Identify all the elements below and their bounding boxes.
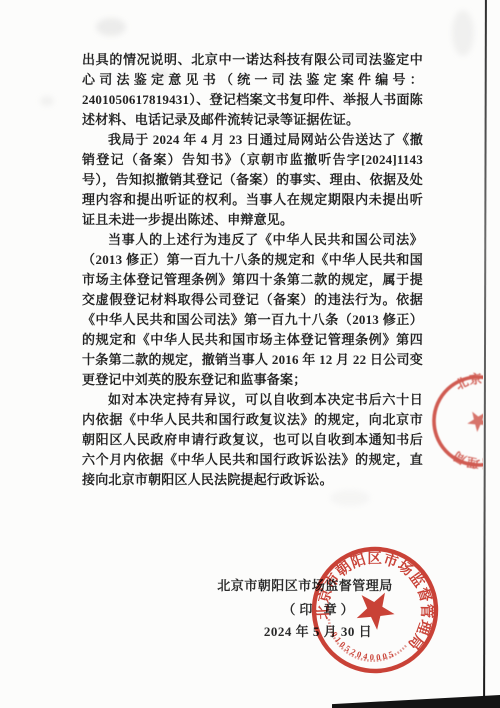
scanned-document-page: 出具的情况说明、北京中一诺达科技有限公司司法鉴定中心司法鉴定意见书（统一司法鉴定… [0, 0, 500, 708]
edge-seal: 北京市朝阳区市场监督管理局 [420, 363, 483, 479]
body-paragraph-2: 我局于 2024 年 4 月 23 日通过局网站公告送达了《撤销登记（备案）告知… [82, 130, 423, 230]
star-icon [466, 408, 483, 435]
body-paragraph-4: 如对本决定持有异议，可以自收到本决定书后六十日内依据《中华人民共和国行政复议法》… [82, 390, 423, 490]
scan-smudge [96, 18, 126, 36]
scan-smudge [452, 10, 474, 56]
edge-seal-clip: 北京市朝阳区市场监督管理局 [420, 362, 483, 480]
body-paragraph-3: 当事人的上述行为违反了《中华人民共和国公司法》（2013 修正）第一百九十八条的… [82, 230, 423, 390]
scan-artifact-bottom [332, 695, 500, 708]
star-icon [350, 583, 401, 633]
seal-code-text: 01052040005 [325, 628, 399, 671]
document-body: 出具的情况说明、北京中一诺达科技有限公司司法鉴定中心司法鉴定意见书（统一司法鉴定… [82, 50, 423, 490]
official-seal: 北京市朝阳区市场监督管理局 01052040005 [300, 535, 450, 685]
page-edge-line [483, 0, 487, 702]
scan-smudge [40, 96, 54, 106]
scan-smudge [330, 490, 370, 506]
body-paragraph-1: 出具的情况说明、北京中一诺达科技有限公司司法鉴定中心司法鉴定意见书（统一司法鉴定… [82, 50, 423, 130]
svg-text:01052040005: 01052040005 [325, 628, 399, 671]
